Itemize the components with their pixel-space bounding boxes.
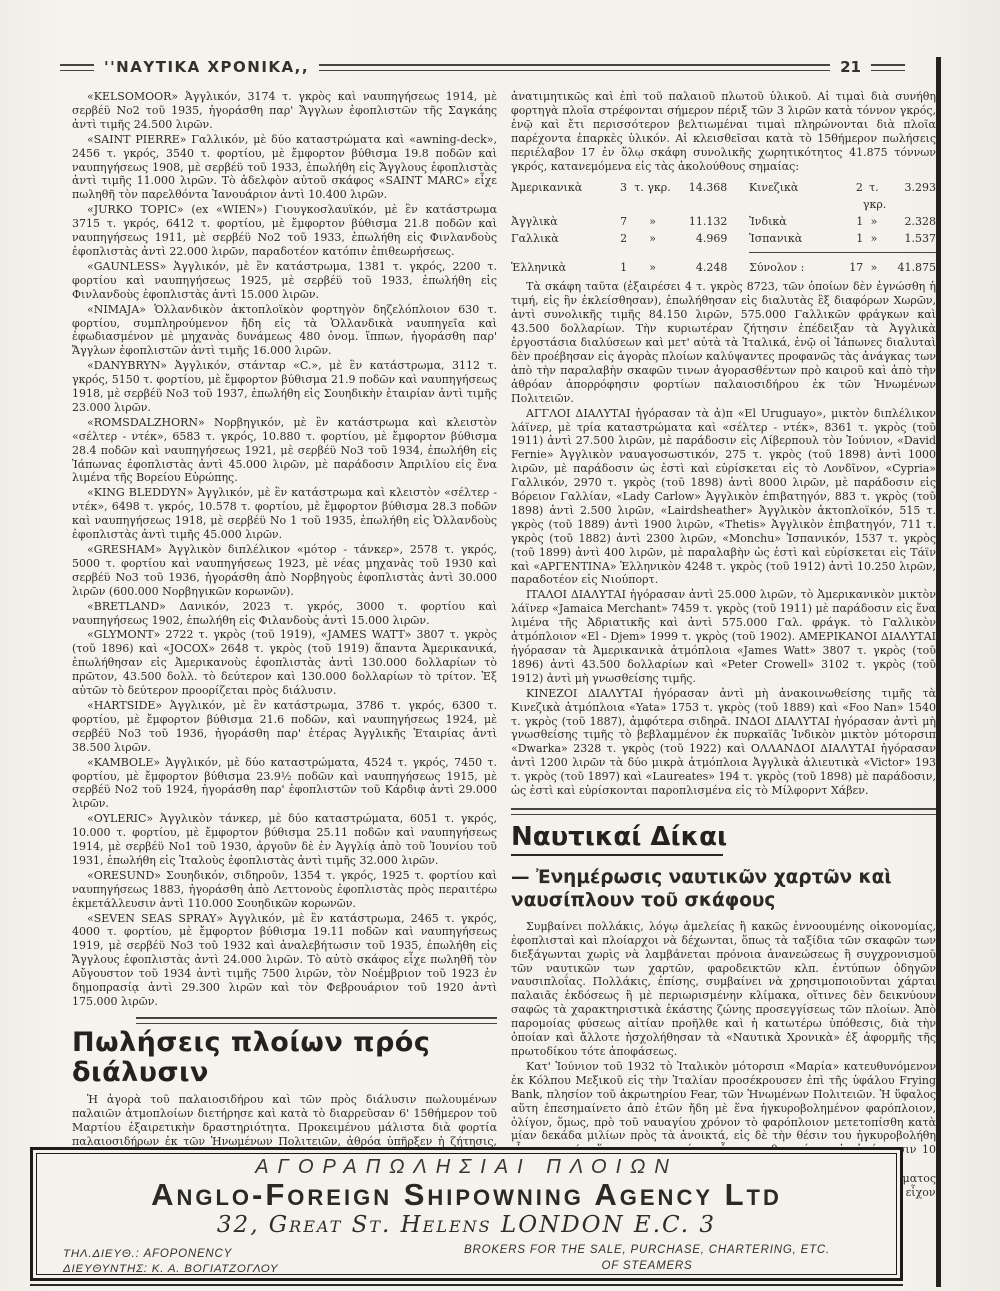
magazine-page: ''ΝΑΥΤΙΚΑ ΧΡΟΝΙΚΑ,, 21 «KELSOMOOR» Ἀγγλι… — [0, 0, 1000, 1291]
ship-sale-paragraph: «GLYMONT» 2722 τ. γκρὸς (τοῦ 1919), «JAM… — [72, 628, 497, 698]
tonnage: 11.132 — [678, 213, 727, 230]
masthead: ''ΝΑΥΤΙΚΑ ΧΡΟΝΙΚΑ,, 21 — [60, 58, 905, 76]
tonnage: 41.875 — [885, 259, 936, 276]
section-subheading: — Ἐνημέρωσις ναυτικῶν χαρτῶν καὶ ναυσίπλ… — [511, 866, 936, 912]
ship-sale-paragraph: «GRESHAM» Ἀγγλικὸν διπλέλικον «μότορ - τ… — [72, 543, 497, 599]
brokers-line: BROKERS FOR THE SALE, PURCHASE, CHARTERI… — [464, 1242, 830, 1259]
intro-paragraph: ἀνατιμητικῶς καὶ ἐπὶ τοῦ παλαιοῦ πλωτοῦ … — [511, 90, 936, 173]
ship-sale-paragraph: «ORESUND» Σουηδικόν, σιδηροῦν, 1354 τ. γ… — [72, 869, 497, 911]
ship-sale-paragraph: «SEVEN SEAS SPRAY» Ἀγγλικόν, μὲ ἓν κατάσ… — [72, 912, 497, 1009]
tonnage: 2.328 — [885, 213, 936, 230]
ship-count: 1 — [840, 230, 864, 247]
ship-count: 1 — [605, 259, 627, 276]
unit: » — [627, 230, 678, 247]
flag-name: Ἱσπανικὰ — [749, 230, 840, 247]
ship-sale-paragraph: «KAMBOLE» Ἀγγλικόν, μὲ δύο καταστρώματα,… — [72, 756, 497, 812]
flag-name: Κινεζικὰ — [749, 179, 839, 213]
tonnage: 4.969 — [678, 230, 727, 247]
ship-sale-paragraph: «JURKO TOPIC» (ex «WIEN») Γιουγκοσλαυϊκό… — [72, 203, 497, 259]
ship-count: 3 — [605, 179, 627, 213]
unit: » — [863, 259, 885, 276]
page-title: ''ΝΑΥΤΙΚΑ ΧΡΟΝΙΚΑ,, — [104, 58, 309, 76]
flag-name: Ἑλληνικὰ — [511, 259, 605, 276]
flag-name: Ἀμερικανικὰ — [511, 179, 605, 213]
ship-sale-paragraph: «KELSOMOOR» Ἀγγλικόν, 3174 τ. γκρὸς καὶ … — [72, 90, 497, 132]
right-column: ἀνατιμητικῶς καὶ ἐπὶ τοῦ παλαιοῦ πλωτοῦ … — [511, 90, 936, 1206]
table-row: Ἀγγλικὰ 7 » 11.132 Ἰνδικὰ 1 » 2.328 — [511, 213, 936, 230]
ship-sale-paragraph: «NIMAJA» Ὁλλανδικὸν ἀκτοπλοϊκὸν φορτηγὸν… — [72, 303, 497, 359]
ship-sale-paragraph: «ROMSDALZHORN» Νορβηγικόν, μὲ ἓν κατάστρ… — [72, 416, 497, 486]
tonnage: 4.248 — [678, 259, 727, 276]
table-row: Γαλλικὰ 2 » 4.969 Ἱσπανικὰ 1 » 1.537 — [511, 230, 936, 247]
masthead-rule-right — [871, 64, 905, 71]
ad-title: ΑΓΟΡΑΠΩΛΗΣΙΑΙ ΠΛΟΙΩΝ — [63, 1156, 870, 1179]
section-rule — [136, 1017, 497, 1024]
section-rule — [511, 808, 936, 815]
tonnage: 3.293 — [885, 179, 936, 213]
ship-count: 7 — [605, 213, 627, 230]
telegraph-label: ΤΗΛ.ΔΙΕΥΘ.: — [63, 1248, 140, 1260]
section-heading-demolition-sales: Πωλήσεις πλοίων πρός διάλυσιν — [72, 1028, 497, 1087]
ship-sale-paragraph: «GAUNLESS» Ἀγγλικόν, μὲ ἓν κατάστρωμα, 1… — [72, 260, 497, 302]
ad-director-line: ΔΙΕΥΘΥΝΤΗΣ: Κ. Α. ΒΟΓΙΑΤΖΟΓΛΟΥ — [63, 1263, 278, 1275]
masthead-rule-center — [319, 64, 830, 71]
table-row-total: Ἑλληνικὰ 1 » 4.248 Σύνολον : 17 » 41.875 — [511, 259, 936, 276]
ship-count: 2 — [839, 179, 863, 213]
bottom-rule — [30, 1284, 903, 1286]
ship-sale-paragraph: «DANYBRYN» Ἀγγλικόν, στάνταρ «C.», μὲ ἓν… — [72, 359, 497, 415]
unit: » — [627, 213, 678, 230]
ship-count: 2 — [605, 230, 627, 247]
director-label: ΔΙΕΥΘΥΝΤΗΣ: — [63, 1263, 148, 1275]
ad-brokers-block: BROKERS FOR THE SALE, PURCHASE, CHARTERI… — [464, 1242, 870, 1275]
unit: » — [863, 230, 885, 247]
advertisement-box: ΑΓΟΡΑΠΩΛΗΣΙΑΙ ΠΛΟΙΩΝ Anglo-Foreign Shipo… — [30, 1147, 903, 1281]
masthead-rule-left — [60, 64, 94, 71]
binding-fold-mark — [936, 57, 941, 1287]
ad-company-name: Anglo-Foreign Shipowning Agency Ltd — [63, 1179, 870, 1212]
tonnage: 1.537 — [885, 230, 936, 247]
brokers-line: OF STEAMERS — [464, 1258, 830, 1275]
tonnage: 14.368 — [678, 179, 727, 213]
page-number: 21 — [840, 58, 861, 76]
body-paragraph: Τὰ σκάφη ταῦτα (ἐξαιρέσει 4 τ. γκρὸς 872… — [511, 280, 936, 405]
ship-count: 17 — [840, 259, 864, 276]
flag-name: Γαλλικὰ — [511, 230, 605, 247]
advertisement-inner-border: ΑΓΟΡΑΠΩΛΗΣΙΑΙ ΠΛΟΙΩΝ Anglo-Foreign Shipo… — [36, 1153, 897, 1275]
text-columns: «KELSOMOOR» Ἀγγλικόν, 3174 τ. γκρὸς καὶ … — [72, 90, 936, 1206]
ship-count: 1 — [840, 213, 864, 230]
unit: » — [627, 259, 678, 276]
ship-sale-paragraph: «BRETLAND» Δανικόν, 2023 τ. γκρός, 3000 … — [72, 600, 497, 628]
unit: τ. γκρ. — [627, 179, 678, 213]
flag-name: Ἰνδικὰ — [749, 213, 840, 230]
body-paragraph: ΙΤΑΛΟΙ ΔΙΑΛΥΤΑΙ ἠγόρασαν ἀντὶ 25.000 λιρ… — [511, 588, 936, 685]
flags-table: Ἀμερικανικὰ 3 τ. γκρ. 14.368 Κινεζικὰ 2 … — [511, 179, 936, 276]
body-paragraph: ΚΙΝΕΖΟΙ ΔΙΑΛΥΤΑΙ ἠγόρασαν ἀντὶ μὴ ἀνακοι… — [511, 687, 936, 798]
ad-footer: ΤΗΛ.ΔΙΕΥΘ.: AFOPONENCY ΔΙΕΥΘΥΝΤΗΣ: Κ. Α.… — [63, 1242, 870, 1275]
ship-sale-paragraph: «KING BLEDDYN» Ἀγγλικόν, μὲ ἓν κατάστρωμ… — [72, 486, 497, 542]
unit: » — [863, 213, 885, 230]
director-value: Κ. Α. ΒΟΓΙΑΤΖΟΓΛΟΥ — [152, 1263, 279, 1275]
heading-underline — [511, 854, 723, 856]
flag-name: Ἀγγλικὰ — [511, 213, 605, 230]
ship-sale-paragraph: «SAINT PIERRE» Γαλλικόν, μὲ δύο καταστρώ… — [72, 133, 497, 203]
table-row: Ἀμερικανικὰ 3 τ. γκρ. 14.368 Κινεζικὰ 2 … — [511, 179, 936, 213]
ship-sale-paragraph: «OYLERIC» Ἀγγλικὸν τάνκερ, μὲ δύο καταστ… — [72, 812, 497, 868]
body-paragraph: Συμβαίνει πολλάκις, λόγῳ ἀμελείας ἢ κακῶ… — [511, 920, 936, 1059]
section-heading-maritime-trials: Ναυτικαί Δίκαι — [511, 823, 936, 852]
table-total-rule — [749, 252, 936, 253]
left-column: «KELSOMOOR» Ἀγγλικόν, 3174 τ. γκρὸς καὶ … — [72, 90, 497, 1206]
ad-telegraph-line: ΤΗΛ.ΔΙΕΥΘ.: AFOPONENCY — [63, 1248, 278, 1260]
ad-contact-block: ΤΗΛ.ΔΙΕΥΘ.: AFOPONENCY ΔΙΕΥΘΥΝΤΗΣ: Κ. Α.… — [63, 1245, 278, 1275]
ship-sale-paragraph: «HARTSIDE» Ἀγγλικόν, μὲ ἓν κατάστρωμα, 3… — [72, 699, 497, 755]
body-paragraph: ΑΓΓΛΟΙ ΔΙΑΛΥΤΑΙ ἠγόρασαν τὰ ἀ)π «El Urug… — [511, 407, 936, 588]
advertisement-outer-border: ΑΓΟΡΑΠΩΛΗΣΙΑΙ ΠΛΟΙΩΝ Anglo-Foreign Shipo… — [30, 1147, 903, 1281]
total-label: Σύνολον : — [749, 259, 840, 276]
ad-address: 32, Great St. Helens LONDON E.C. 3 — [63, 1213, 870, 1237]
telegraph-value: AFOPONENCY — [144, 1248, 233, 1260]
unit: τ. γκρ. — [863, 179, 885, 213]
